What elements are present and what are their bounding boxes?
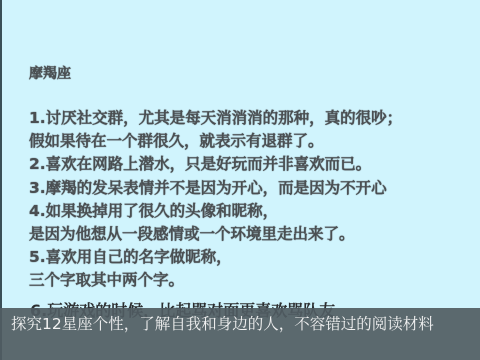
trait-line: 1.讨厌社交群，尤其是每天消消消的那种，真的很吵； bbox=[29, 107, 479, 130]
trait-line: 2.喜欢在网路上潜水，只是好玩而并非喜欢而已。 bbox=[29, 153, 479, 176]
left-border-line bbox=[0, 0, 2, 360]
trait-line: 是因为他想从一段感情或一个环境里走出来了。 bbox=[29, 223, 479, 246]
caption-text: 探究12星座个性，了解自我和身边的人，不容错过的阅读材料 bbox=[11, 312, 434, 334]
slide-title: 摩羯座 bbox=[29, 63, 71, 83]
trait-line: 三个字取其中两个字。 bbox=[29, 269, 479, 292]
trait-line: 5.喜欢用自己的名字做昵称， bbox=[29, 246, 479, 269]
trait-list: 1.讨厌社交群，尤其是每天消消消的那种，真的很吵； 假如果待在一个群很久，就表示… bbox=[29, 107, 479, 293]
slide: 摩羯座 1.讨厌社交群，尤其是每天消消消的那种，真的很吵； 假如果待在一个群很久… bbox=[0, 0, 480, 360]
trait-line: 3.摩羯的发呆表情并不是因为开心，而是因为不开心 bbox=[29, 177, 479, 200]
caption-bar: 探究12星座个性，了解自我和身边的人，不容错过的阅读材料 bbox=[0, 308, 480, 360]
trait-line: 假如果待在一个群很久，就表示有退群了。 bbox=[29, 130, 479, 153]
trait-line: 4.如果换掉用了很久的头像和昵称， bbox=[29, 200, 479, 223]
